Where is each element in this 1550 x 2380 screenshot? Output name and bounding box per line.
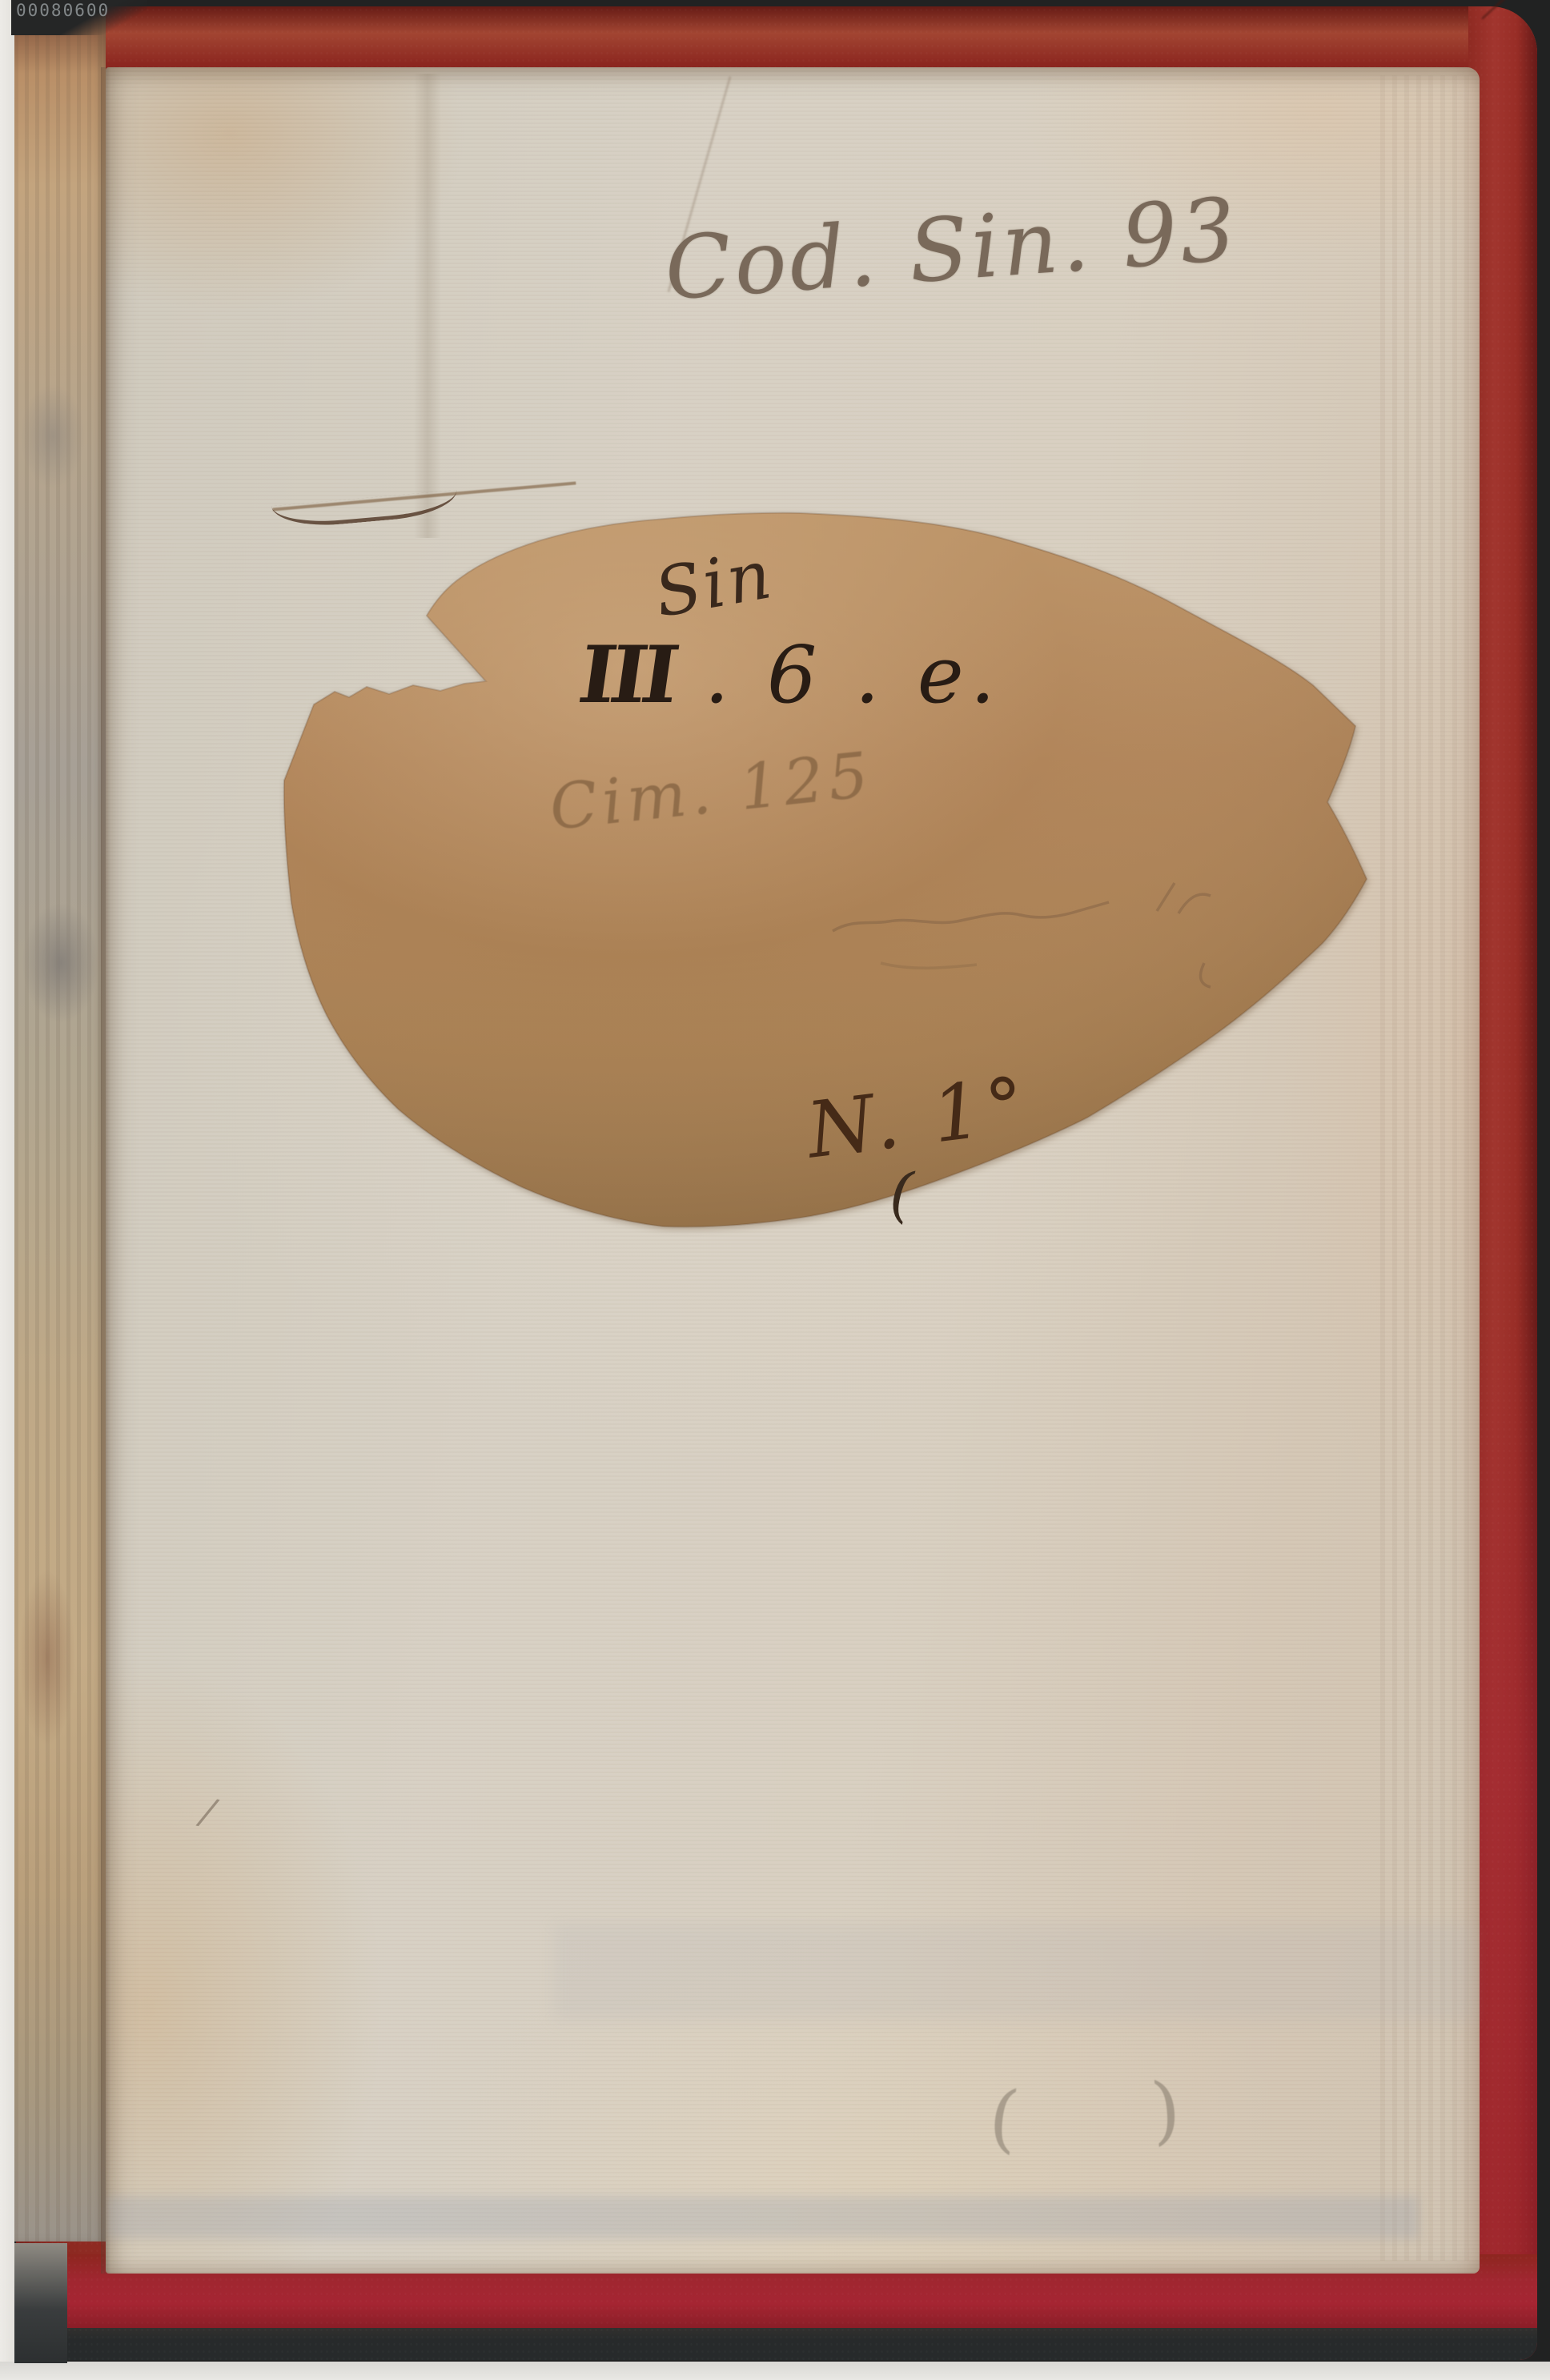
label-roman-numeral: III [573, 629, 680, 721]
gutter-stain [21, 384, 85, 488]
paper-crease-vertical [414, 74, 441, 538]
gutter-stain [19, 1569, 75, 1745]
paper-grey-band [106, 2197, 1419, 2238]
label-shelfmark-line: III . 6 . e. [580, 629, 1002, 721]
faint-curl-mark: ) [1148, 2066, 1183, 2153]
hinge-shadow-line [101, 67, 110, 2274]
gutter-bottom-shadow [14, 2243, 67, 2363]
label-shelfmark-rest: . 6 . e. [673, 630, 1002, 721]
gutter-stain [22, 903, 99, 1023]
binding-gutter [14, 6, 106, 2242]
manuscript-scan: 00080600 Cod. Sin. 93 [0, 0, 1550, 2380]
gutter-streaks [14, 6, 106, 2242]
scanner-edge-strip-left [0, 0, 14, 2380]
scanner-edge-strip-bottom [0, 2362, 1550, 2380]
oval-label: Sin III . 6 . e. Cim. 125 N. 1° ( [272, 495, 1393, 1251]
scan-id-watermark: 00080600 [16, 1, 110, 20]
paper-grey-band-upper [554, 1924, 1475, 2021]
